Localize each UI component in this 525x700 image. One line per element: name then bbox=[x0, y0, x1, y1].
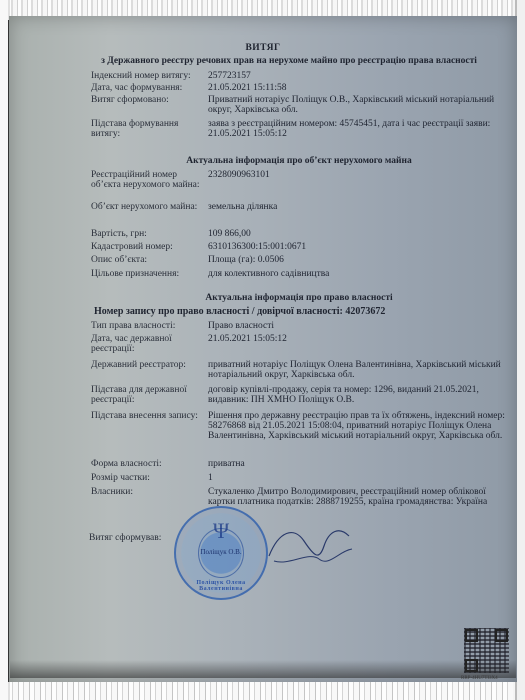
field-cadastral-number: Кадастровий номер: 6310136300:15:001:067… bbox=[91, 242, 511, 252]
field-value: 1 bbox=[208, 473, 511, 483]
field-value: 109 866,00 bbox=[208, 229, 511, 239]
field-value: приватна bbox=[208, 459, 511, 469]
field-value: 21.05.2021 15:11:58 bbox=[208, 83, 511, 93]
field-formed-by: Витяг сформовано: Приватний нотаріус Пол… bbox=[91, 95, 511, 115]
field-property-reg-number: Реєстраційний номер об’єкта нерухомого м… bbox=[91, 170, 511, 190]
stamp-name: Поліщук О.В. bbox=[176, 548, 266, 556]
stamp-ring-text: Поліщук Олена Валентинівна bbox=[176, 580, 266, 592]
field-label: Розмір частки: bbox=[91, 473, 208, 483]
torn-edge-bottom bbox=[8, 682, 513, 700]
field-label: Індексний номер витягу: bbox=[91, 71, 208, 81]
field-formation-date: Дата, час формування: 21.05.2021 15:11:5… bbox=[91, 83, 511, 93]
field-ownership-form: Форма власності: приватна bbox=[91, 459, 511, 469]
field-property-object: Об’єкт нерухомого майна: земельна ділянк… bbox=[91, 202, 511, 212]
field-value: для колективного садівництва bbox=[208, 269, 511, 279]
field-label: Дата, час формування: bbox=[91, 83, 208, 93]
field-value: Приватний нотаріус Поліщук О.В., Харківс… bbox=[208, 95, 511, 115]
field-object-description: Опис об’єкта: Площа (га): 0.0506 bbox=[91, 255, 511, 265]
paper-shadow bbox=[10, 660, 516, 678]
field-label: Тип права власності: bbox=[91, 321, 208, 331]
field-label: Власники: bbox=[91, 487, 208, 507]
field-label: Цільове призначення: bbox=[91, 269, 208, 279]
field-property-value: Вартість, грн: 109 866,00 bbox=[91, 229, 511, 239]
field-value: заява з реєстраційним номером: 45745451,… bbox=[208, 119, 511, 139]
field-value: 21.05.2021 15:05:12 bbox=[208, 334, 511, 354]
field-value: 2328090963101 bbox=[208, 170, 511, 190]
field-share-size: Розмір частки: 1 bbox=[91, 473, 511, 483]
field-registration-date: Дата, час державної реєстрації: 21.05.20… bbox=[91, 334, 511, 354]
field-value: Стукаленко Дмитро Володимирович, реєстра… bbox=[208, 487, 511, 507]
field-formation-basis: Підстава формування витягу: заява з реєс… bbox=[91, 119, 511, 139]
field-label: Реєстраційний номер об’єкта нерухомого м… bbox=[91, 170, 208, 190]
ownership-section-title: Актуальна інформація про право власності bbox=[89, 293, 509, 303]
field-purpose: Цільове призначення: для колективного са… bbox=[91, 269, 511, 279]
notary-stamp: Ψ Поліщук О.В. Поліщук Олена Валентинівн… bbox=[174, 506, 268, 600]
ownership-record-number: Номер запису про право власності / довір… bbox=[94, 306, 385, 317]
field-label: Кадастровий номер: bbox=[91, 242, 208, 252]
field-extract-index: Індексний номер витягу: 257723157 bbox=[91, 71, 511, 81]
field-value: договір купівлі-продажу, серія та номер:… bbox=[208, 385, 511, 405]
signed-by-label: Витяг сформував: bbox=[89, 533, 161, 543]
field-value: приватний нотаріус Поліщук Олена Валенти… bbox=[208, 360, 511, 380]
field-label: Витяг сформовано: bbox=[91, 95, 208, 115]
field-value: Право власності bbox=[208, 321, 511, 331]
field-ownership-type: Тип права власності: Право власності bbox=[91, 321, 511, 331]
field-value: 6310136300:15:001:0671 bbox=[208, 242, 511, 252]
field-value: Рішення про державну реєстрацію прав та … bbox=[208, 411, 511, 441]
document-title: ВИТЯГ bbox=[9, 43, 517, 53]
field-label: Підстава формування витягу: bbox=[91, 119, 208, 139]
field-label: Опис об’єкта: bbox=[91, 255, 208, 265]
trident-icon: Ψ bbox=[176, 518, 266, 544]
field-label: Вартість, грн: bbox=[91, 229, 208, 239]
property-section-title: Актуальна інформація про об’єкт нерухомо… bbox=[89, 156, 509, 166]
field-label: Об’єкт нерухомого майна: bbox=[91, 202, 208, 212]
signature-icon bbox=[264, 521, 354, 571]
document-page: ВИТЯГ з Державного реєстру речових прав … bbox=[9, 16, 517, 682]
field-value: земельна ділянка bbox=[208, 202, 511, 212]
field-value: 257723157 bbox=[208, 71, 511, 81]
field-entry-basis: Підстава внесення запису: Рішення про де… bbox=[91, 411, 511, 441]
field-state-registrar: Державний реєстратор: приватний нотаріус… bbox=[91, 360, 511, 380]
field-label: Державний реєстратор: bbox=[91, 360, 208, 380]
field-owners: Власники: Стукаленко Дмитро Володимирови… bbox=[91, 487, 511, 507]
field-label: Форма власності: bbox=[91, 459, 208, 469]
field-registration-basis: Підстава для державної реєстрації: догов… bbox=[91, 385, 511, 405]
field-label: Дата, час державної реєстрації: bbox=[91, 334, 208, 354]
field-label: Підстава для державної реєстрації: bbox=[91, 385, 208, 405]
field-label: Підстава внесення запису: bbox=[91, 411, 208, 441]
document-subtitle: з Державного реєстру речових прав на нер… bbox=[59, 56, 519, 66]
field-value: Площа (га): 0.0506 bbox=[208, 255, 511, 265]
